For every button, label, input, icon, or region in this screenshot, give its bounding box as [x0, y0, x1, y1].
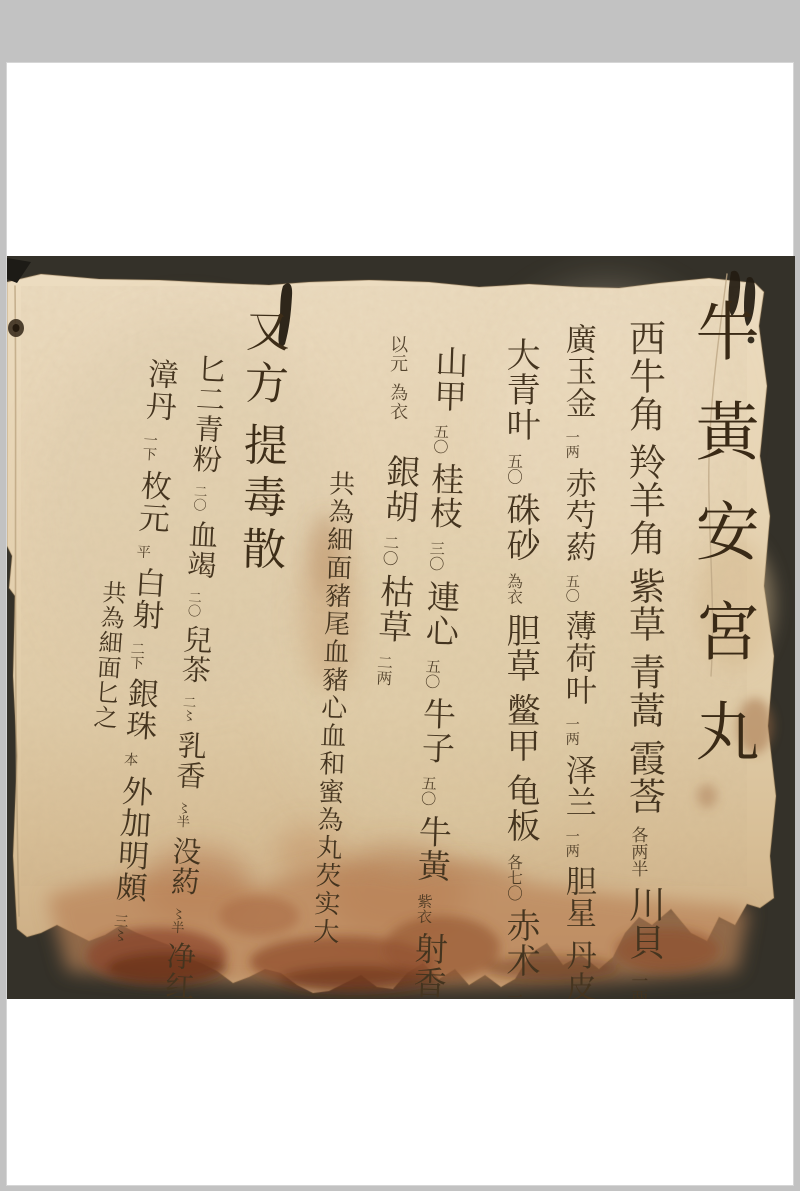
dosage-annotation: 一两 [563, 829, 579, 858]
ingredient-text: 羚羊角 [623, 443, 664, 557]
ingredient-text: 净红昇 [160, 941, 197, 999]
coating-annotation: 以元為衣 [387, 335, 407, 431]
ingredient-text: 共為細面匕之 [89, 579, 126, 731]
dosage-annotation: 五〇 [419, 775, 437, 806]
ingredient-text: 霞莟 [623, 739, 664, 815]
ingredient-text: 西牛角 [623, 319, 664, 433]
ingredient-text: 丹皮 [560, 939, 595, 999]
ingredient-text: 匕二青粉 [189, 353, 228, 475]
ingredient-text: 龟板 [501, 773, 539, 843]
second-recipe-heading: 又方提毒散 [234, 308, 288, 589]
dosage-annotation: 一两 [627, 972, 646, 999]
ingredient-text: 硃砂 [501, 492, 539, 562]
ingredient-column-3: 大青叶五〇硃砂為衣胆草鳖甲龟板各七〇赤术一两 [501, 337, 539, 999]
ingredient-text: 桂枝 [425, 462, 464, 531]
dosage-annotation: 五〇 [431, 423, 449, 454]
ingredient-text: 乳香 [172, 730, 208, 792]
ingredient-text: 外加明頗 [110, 774, 152, 904]
ingredient-text: 兒茶 [178, 624, 214, 686]
ingredient-text: 又方 [237, 308, 288, 413]
ingredient-text: 共為細面豬尾血豬心血和蜜為丸芡实大 [308, 469, 354, 946]
preparation-instruction-column: 共為細面豬尾血豬心血和蜜為丸芡实大 [308, 469, 354, 956]
dosage-annotation: 一两 [563, 717, 579, 746]
dosage-annotation: 平 [134, 543, 151, 558]
ingredient-text: 川貝 [623, 885, 664, 961]
dosage-annotation: 〻半 [173, 801, 189, 828]
ingredient-column-1: 西牛角羚羊角紫草青蒿霞莟各两半川貝一两 [623, 319, 664, 999]
dosage-annotation: 一下 [139, 432, 157, 461]
ingredient-text: 牛子 [416, 696, 455, 765]
ingredient-text: 銀胡 [378, 453, 420, 525]
dosage-annotation: 二〇 [381, 534, 400, 566]
ingredient-text: 白射 [126, 565, 165, 631]
ingredient-column-5: 銀胡二〇枯草二两 [369, 453, 420, 695]
ingredient-text: 漳丹 [139, 357, 178, 423]
recipe-title-column: 牛黃安宮丸 [685, 298, 757, 808]
ingredient-text: 赤芍葯 [560, 467, 595, 563]
ingredient-text: 為衣 [387, 383, 407, 421]
dosage-annotation: 二两 [374, 654, 393, 686]
dosage-annotation: 一两 [563, 430, 579, 459]
manuscript-text-layer: 牛黃安宮丸 西牛角羚羊角紫草青蒿霞莟各两半川貝一两 廣玉金一两赤芍葯五〇薄荷叶一… [7, 256, 795, 999]
ingredient-text: 牛黃安宮丸 [685, 298, 757, 798]
dosage-annotation: 各两半 [627, 826, 646, 877]
dosage-annotation: 本 [121, 752, 138, 767]
ingredient-text: 山甲 [429, 344, 468, 413]
dosage-annotation: 〻半 [167, 906, 183, 933]
ingredient-text: 青蒿 [623, 653, 664, 729]
dosage-annotation: 五〇 [423, 658, 441, 689]
ingredient-text: 射香 [408, 931, 447, 999]
dosage-annotation: 三〇 [427, 541, 445, 572]
scan-page: 牛黃安宮丸 西牛角羚羊角紫草青蒿霞莟各两半川貝一两 廣玉金一两赤芍葯五〇薄荷叶一… [6, 62, 794, 1186]
ingredient-text: 枚元 [132, 468, 171, 534]
dosage-annotation: 二〻 [178, 695, 194, 722]
ingredient-text: 赤术 [501, 908, 539, 978]
manuscript-photo: 牛黃安宮丸 西牛角羚羊角紫草青蒿霞莟各两半川貝一两 廣玉金一两赤芍葯五〇薄荷叶一… [7, 256, 795, 999]
ingredient-text: 枯草 [372, 573, 414, 645]
ingredient-text: 泽兰 [560, 754, 595, 818]
screenshot-canvas: 牛黃安宮丸 西牛角羚羊角紫草青蒿霞莟各两半川貝一两 廣玉金一两赤芍葯五〇薄荷叶一… [0, 0, 800, 1191]
ingredient-text: 牛黃 [412, 814, 451, 883]
dosage-annotation: 二下 [127, 640, 145, 669]
ingredient-text: 大青叶 [501, 337, 539, 442]
dosage-annotation: 二〇 [189, 484, 205, 511]
dosage-annotation: 三〻 [110, 913, 128, 942]
ingredient-text: 提毒散 [234, 422, 286, 579]
dosage-annotation: 各七〇 [506, 854, 524, 901]
dosage-annotation: 一两 [506, 989, 524, 999]
dosage-annotation: 五〇 [563, 574, 579, 603]
ingredient-text: 鳖甲 [501, 693, 539, 763]
ingredient-text: 連心 [420, 579, 459, 648]
dosage-annotation: 為衣 [506, 573, 524, 604]
ingredient-text: 以元 [387, 335, 407, 373]
ingredient-text: 銀珠 [120, 677, 159, 743]
dosage-annotation: 二〇 [184, 590, 200, 617]
ingredient-text: 薄荷叶 [560, 610, 595, 706]
ingredient-text: 血竭 [183, 519, 219, 581]
dosage-annotation: 五〇 [506, 453, 524, 484]
ingredient-text: 胆草 [501, 613, 539, 683]
ingredient-text: 廣玉金 [560, 323, 595, 419]
dosage-annotation: 紫衣 [415, 893, 433, 924]
ingredient-text: 紫草 [623, 567, 664, 643]
ingredient-text: 没葯 [167, 835, 203, 897]
ingredient-column-2: 廣玉金一两赤芍葯五〇薄荷叶一两泽兰一两胆星丹皮各七〇 [560, 323, 595, 999]
ingredient-column-4: 山甲五〇桂枝三〇連心五〇牛子五〇牛黃紫衣射香 [408, 344, 468, 999]
ingredient-text: 胆星 [560, 865, 595, 929]
